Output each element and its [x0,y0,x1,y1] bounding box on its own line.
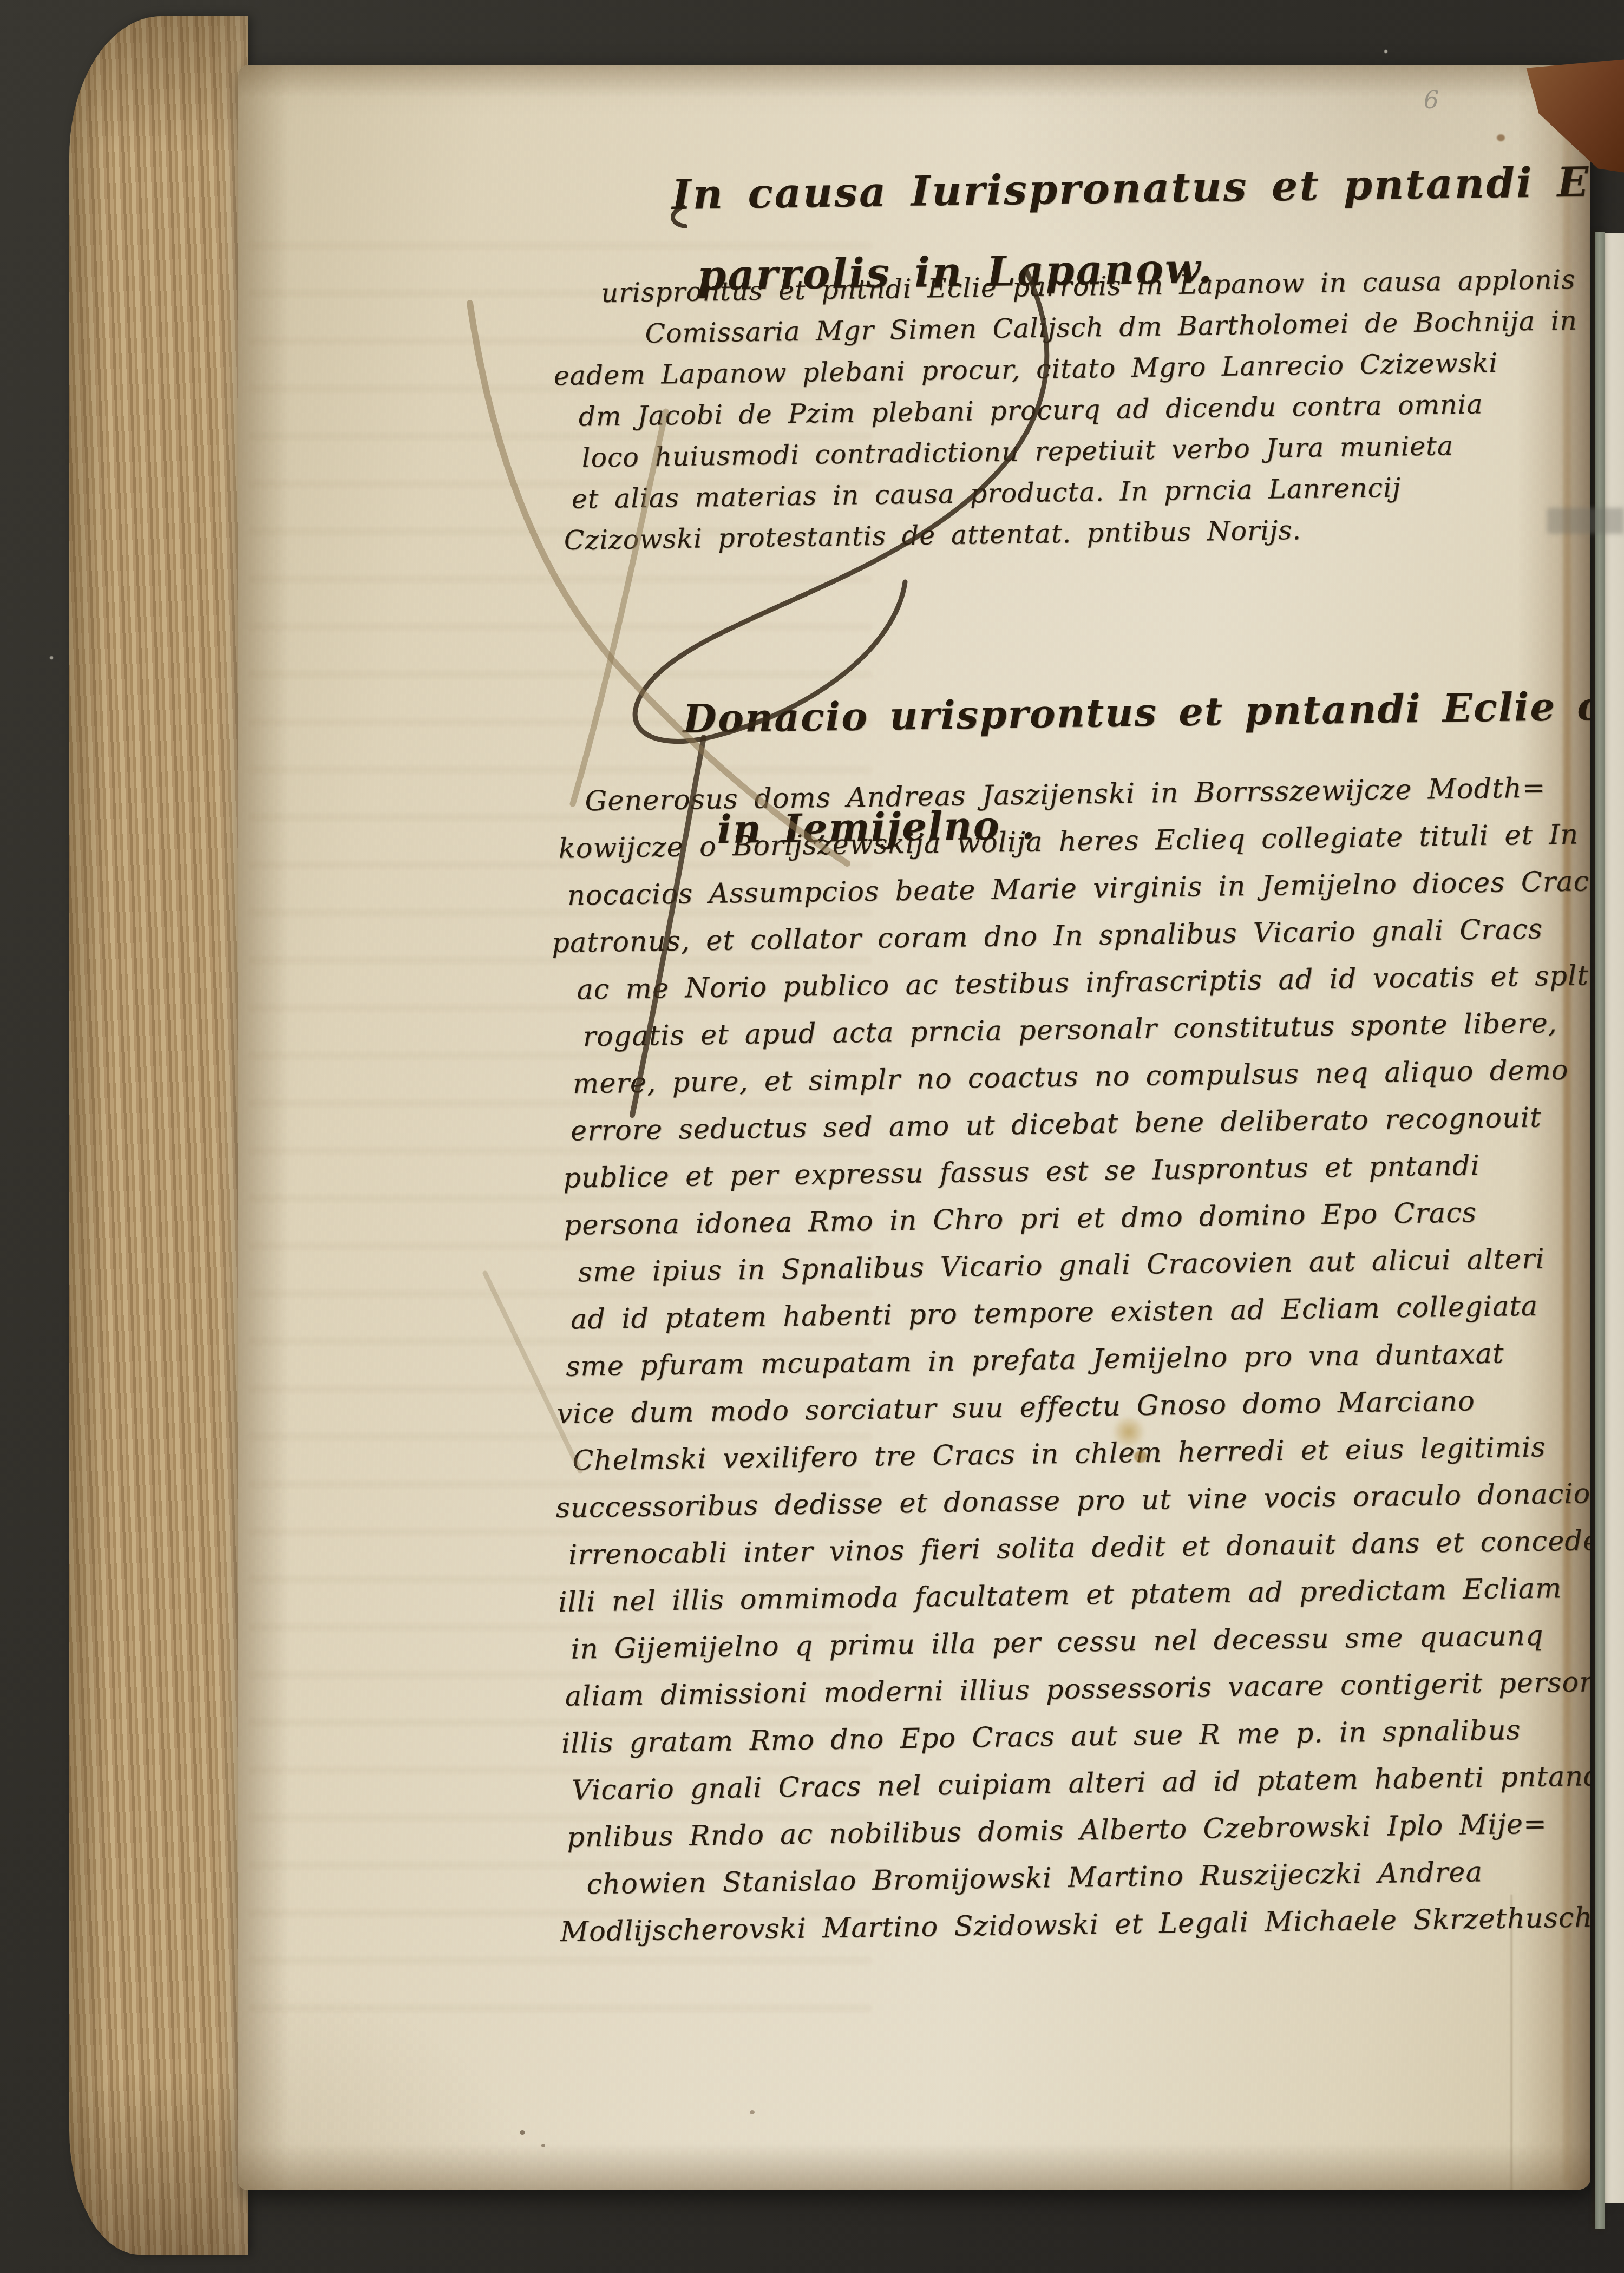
book-fore-edge-pages [69,16,248,2255]
manuscript-page: 6 In causa Iurispronatus et pntandi Ecli… [238,65,1590,2190]
ink-speck [750,2110,755,2114]
heading-line: In causa Iurispronatus et pntandi Eclie [671,140,1590,235]
heading-line: Donacio urisprontus et pntandi Eclie col… [682,647,1590,774]
folio-pencil-mark: 6 [1424,87,1439,114]
paragraph-causa: urisprontus et pntndi Eclie parrolis in … [563,259,1581,561]
ink-speck [1497,134,1505,141]
binding-band-mark [1547,508,1624,534]
photo-background: 6 In causa Iurispronatus et pntandi Ecli… [0,0,1624,2273]
paragraph-donacio: Generosus doms Andreas Jaszijenski in Bo… [552,763,1590,1956]
ink-speck [541,2144,545,2147]
ink-speck [520,2130,525,2135]
paper-stain [1134,1451,1147,1463]
paper-stain [1110,1417,1148,1447]
